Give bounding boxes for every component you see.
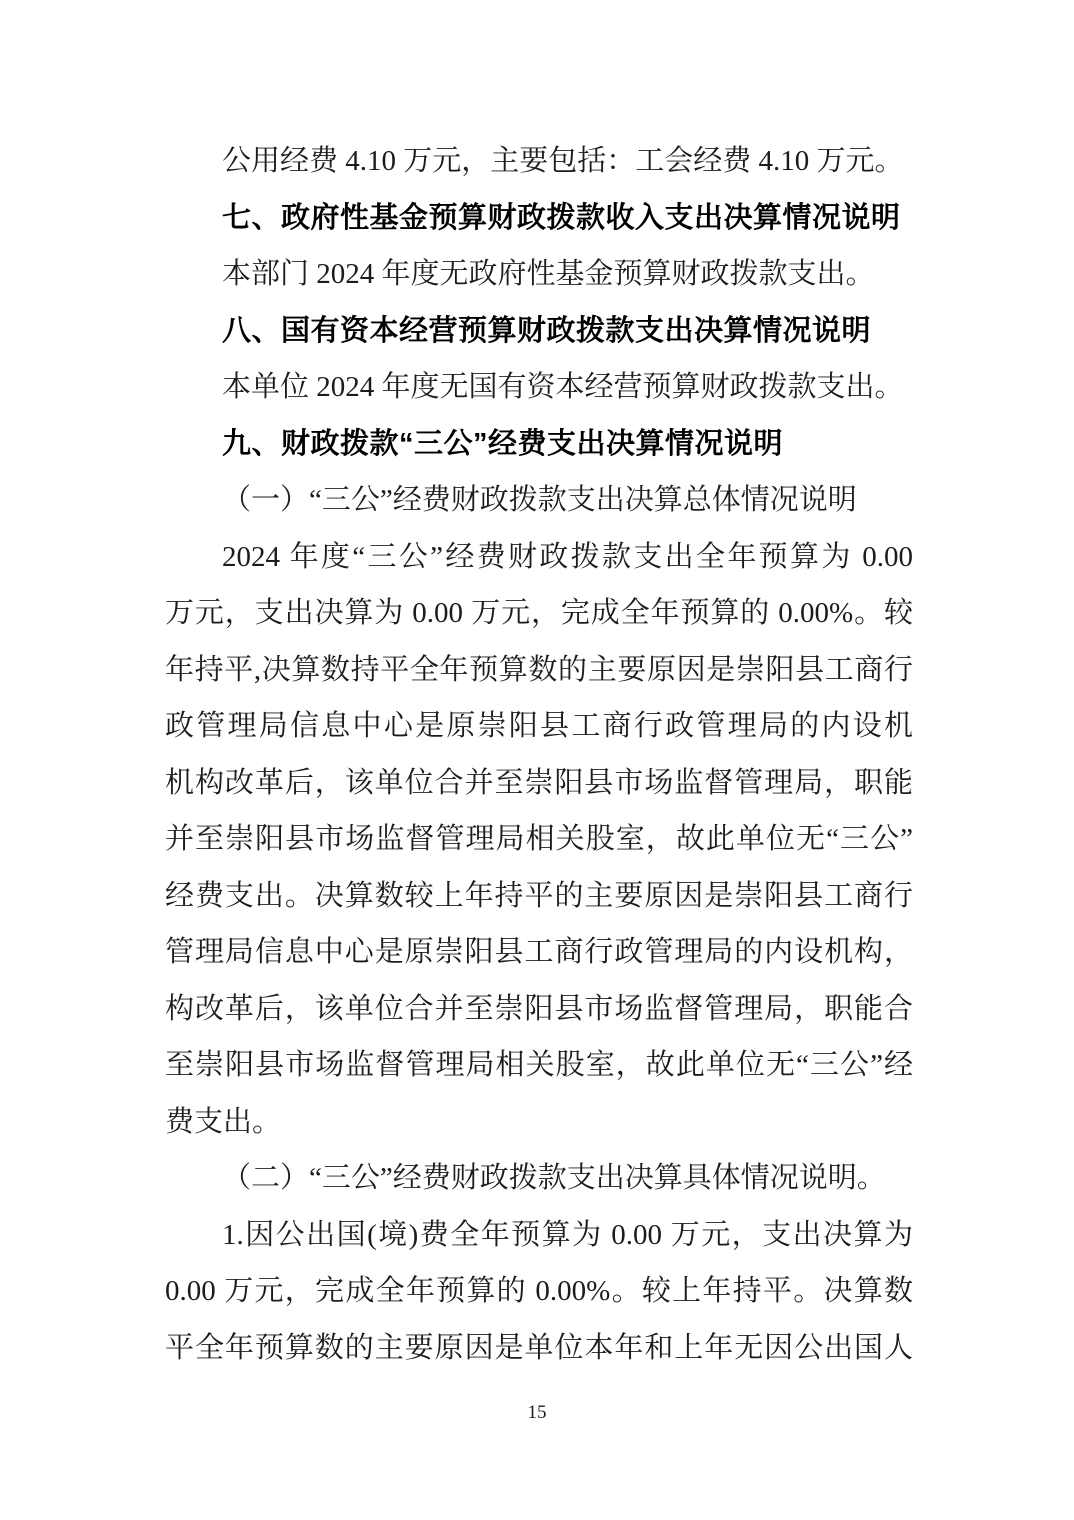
text-line: 构改革后，该单位合并至崇阳县市场监督管理局，职能合并 <box>165 981 913 1038</box>
document-body: 公用经费 4.10 万元，主要包括：工会经费 4.10 万元。 七、政府性基金预… <box>165 133 913 1376</box>
text-line: 平全年预算数的主要原因是单位本年和上年无因公出国人 <box>165 1320 913 1377</box>
text-line: 公用经费 4.10 万元，主要包括：工会经费 4.10 万元。 <box>165 133 913 190</box>
page-number: 15 <box>0 1402 1074 1424</box>
text-line: 万元，支出决算为 0.00 万元，完成全年预算的 0.00%。较上 <box>165 585 913 642</box>
text-line: 本部门 2024 年度无政府性基金预算财政拨款支出。 <box>165 246 913 303</box>
heading-line: 九、财政拨款“三公”经费支出决算情况说明 <box>165 416 913 473</box>
text-line: （一）“三公”经费财政拨款支出决算总体情况说明 <box>165 472 913 529</box>
text-line: 2024 年度“三公”经费财政拨款支出全年预算为 0.00 <box>165 529 913 586</box>
text-line: 0.00 万元，完成全年预算的 0.00%。较上年持平。决算数持 <box>165 1263 913 1320</box>
text-line: 政管理局信息中心是原崇阳县工商行政管理局的内设机构， <box>165 698 913 755</box>
text-line: 本单位 2024 年度无国有资本经营预算财政拨款支出。 <box>165 359 913 416</box>
document-page: 公用经费 4.10 万元，主要包括：工会经费 4.10 万元。 七、政府性基金预… <box>0 0 1074 1520</box>
text-line: 年持平,决算数持平全年预算数的主要原因是崇阳县工商行 <box>165 642 913 699</box>
text-line: （二）“三公”经费财政拨款支出决算具体情况说明。 <box>165 1150 913 1207</box>
heading-line: 七、政府性基金预算财政拨款收入支出决算情况说明 <box>165 190 913 247</box>
text-line: 1.因公出国(境)费全年预算为 0.00 万元，支出决算为 <box>165 1207 913 1264</box>
text-line: 机构改革后，该单位合并至崇阳县市场监督管理局，职能合 <box>165 755 913 812</box>
heading-line: 八、国有资本经营预算财政拨款支出决算情况说明 <box>165 303 913 360</box>
text-line: 费支出。 <box>165 1094 913 1151</box>
text-line: 至崇阳县市场监督管理局相关股室，故此单位无“三公”经 <box>165 1037 913 1094</box>
text-line: 并至崇阳县市场监督管理局相关股室，故此单位无“三公” <box>165 811 913 868</box>
text-line: 经费支出。决算数较上年持平的主要原因是崇阳县工商行政 <box>165 868 913 925</box>
text-line: 管理局信息中心是原崇阳县工商行政管理局的内设机构，机 <box>165 924 913 981</box>
